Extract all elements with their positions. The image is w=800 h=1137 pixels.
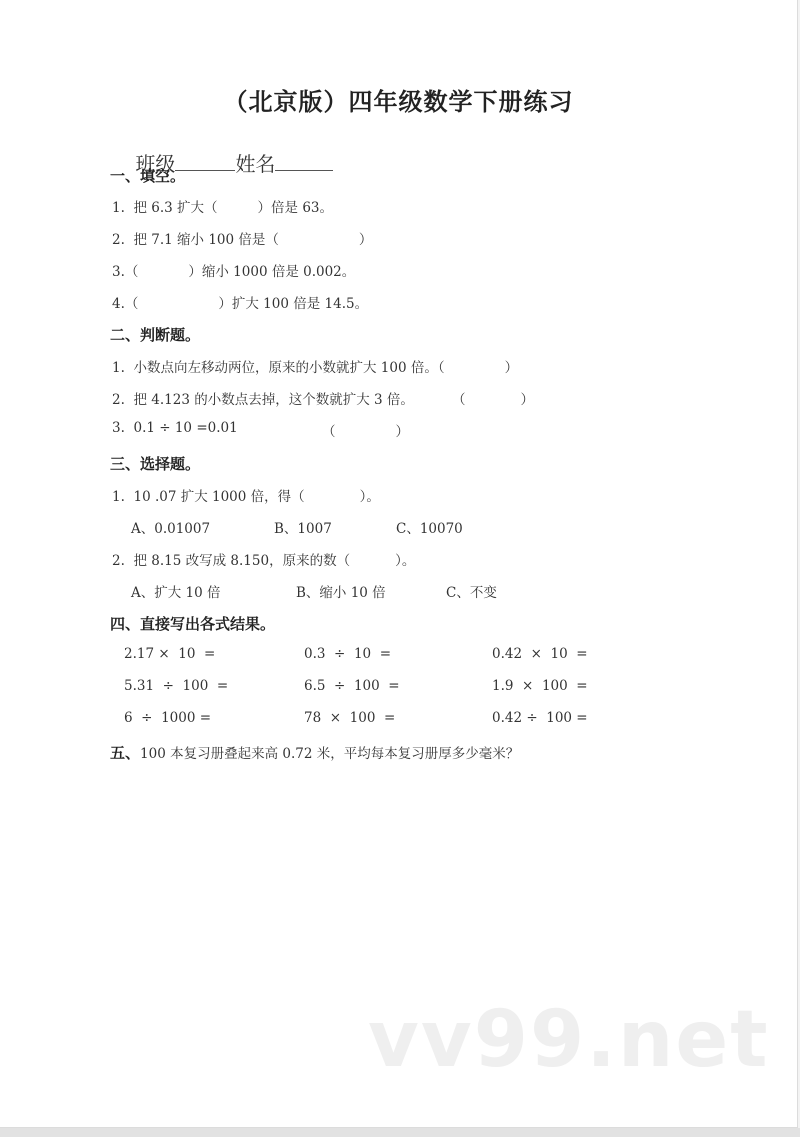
section-heading-fill-blank: 一、填空。 xyxy=(110,165,185,186)
option-a: A、扩大 10 倍 xyxy=(131,581,221,601)
answer-paren: （） xyxy=(322,420,409,440)
section-heading-compute: 四、直接写出各式结果。 xyxy=(110,613,275,634)
question-item: 2. 把 7.1 缩小 100 倍是（） xyxy=(112,228,372,248)
question-item: 3. 0.1 ÷ 10 =0.01 xyxy=(112,420,238,436)
section-heading-multiple-choice: 三、选择题。 xyxy=(110,453,200,474)
word-problem: 五、100 本复习册叠起来高 0.72 米，平均每本复习册厚多少毫米？ xyxy=(110,742,519,763)
calc-item: 0.42 ÷ 100 = xyxy=(492,710,588,726)
page-bottom-edge xyxy=(0,1128,800,1137)
question-item: 2. 把 8.15 改写成 8.150，原来的数（）。 xyxy=(112,549,415,569)
page-title: （北京版）四年级数学下册练习 xyxy=(0,82,797,117)
calc-item: 0.42 × 10 = xyxy=(492,646,588,662)
calc-item: 2.17 × 10 = xyxy=(124,646,215,662)
calc-item: 78 × 100 = xyxy=(304,710,395,726)
name-label: 姓名 xyxy=(235,152,275,176)
option-b: B、缩小 10 倍 xyxy=(296,581,386,601)
name-blank[interactable] xyxy=(275,150,333,171)
question-item: 1. 10 .07 扩大 1000 倍，得（）。 xyxy=(112,485,380,505)
section-heading-word-problem: 五、 xyxy=(110,744,140,762)
question-item: 4.（）扩大 100 倍是 14.5。 xyxy=(112,292,368,312)
option-a: A、0.01007 xyxy=(131,517,210,537)
question-item: 3.（）缩小 1000 倍是 0.002。 xyxy=(112,260,355,280)
document-page: （北京版）四年级数学下册练习 班级姓名 一、填空。 1. 把 6.3 扩大（）倍… xyxy=(0,0,798,1128)
calc-item: 1.9 × 100 = xyxy=(492,678,588,694)
calc-item: 0.3 ÷ 10 = xyxy=(304,646,391,662)
question-item: 2. 把 4.123 的小数点去掉，这个数就扩大 3 倍。 xyxy=(112,388,414,408)
calc-item: 6 ÷ 1000 = xyxy=(124,710,211,726)
watermark: vv99.net xyxy=(368,995,770,1085)
option-c: C、10070 xyxy=(396,517,463,537)
answer-paren: （） xyxy=(452,388,534,408)
option-c: C、不变 xyxy=(446,581,497,601)
section-heading-true-false: 二、判断题。 xyxy=(110,324,200,345)
calc-item: 6.5 ÷ 100 = xyxy=(304,678,400,694)
question-item: 1. 小数点向左移动两位，原来的小数就扩大 100 倍。（） xyxy=(112,356,518,376)
calc-item: 5.31 ÷ 100 = xyxy=(124,678,228,694)
option-b: B、1007 xyxy=(274,517,332,537)
class-name-fields: 班级姓名 xyxy=(110,124,333,201)
question-item: 1. 把 6.3 扩大（）倍是 63。 xyxy=(112,196,333,216)
